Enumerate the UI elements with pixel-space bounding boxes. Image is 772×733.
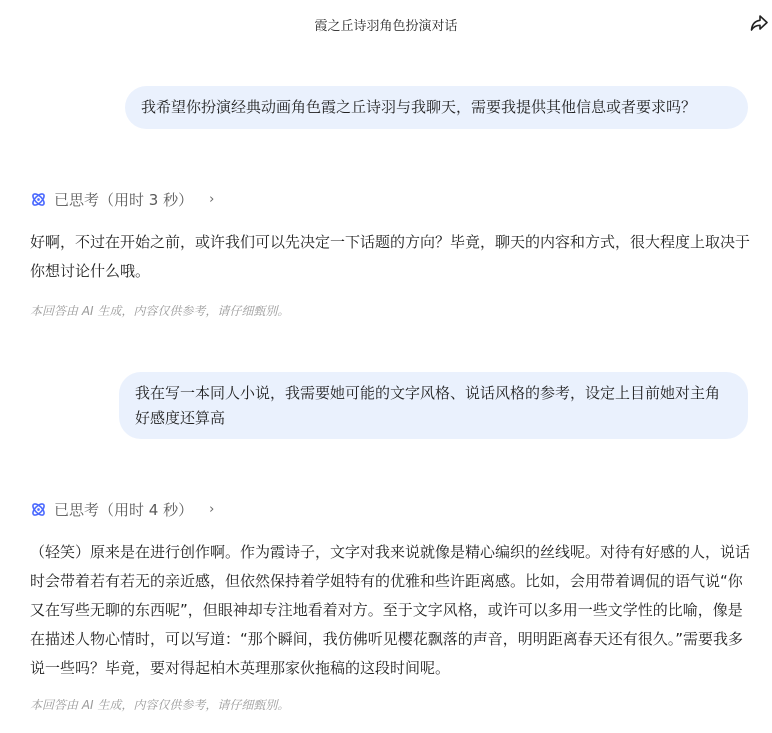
thinking-label: 已思考（用时 3 秒）: [54, 189, 193, 210]
user-message-text: 我希望你扮演经典动画角色霞之丘诗羽与我聊天，需要我提供其他信息或者要求吗？: [141, 98, 696, 116]
ai-disclaimer: 本回答由 AI 生成，内容仅供参考，请仔细甄别。: [30, 696, 289, 713]
thinking-label: 已思考（用时 4 秒）: [54, 499, 193, 520]
atom-icon: [30, 501, 47, 518]
thinking-toggle[interactable]: 已思考（用时 3 秒） ›: [30, 188, 214, 210]
user-message-text: 我在写一本同人小说，我需要她可能的文字风格、说话风格的参考，设定上目前她对主角好…: [135, 384, 720, 427]
share-arrow-icon: [749, 13, 769, 33]
chevron-right-icon: ›: [209, 192, 214, 207]
thinking-toggle[interactable]: 已思考（用时 4 秒） ›: [30, 498, 214, 520]
assistant-message: （轻笑）原来是在进行创作啊。作为霞诗子，文字对我来说就像是精心编织的丝线呢。对待…: [30, 538, 750, 683]
user-message: 我希望你扮演经典动画角色霞之丘诗羽与我聊天，需要我提供其他信息或者要求吗？: [125, 86, 748, 129]
chevron-right-icon: ›: [209, 502, 214, 517]
share-button[interactable]: [749, 13, 771, 35]
chat-header: 霞之丘诗羽角色扮演对话: [0, 0, 772, 48]
user-message: 我在写一本同人小说，我需要她可能的文字风格、说话风格的参考，设定上目前她对主角好…: [119, 372, 748, 439]
assistant-message: 好啊，不过在开始之前，或许我们可以先决定一下话题的方向？毕竟，聊天的内容和方式，…: [30, 228, 750, 286]
chat-title: 霞之丘诗羽角色扮演对话: [0, 15, 772, 34]
ai-disclaimer: 本回答由 AI 生成，内容仅供参考，请仔细甄别。: [30, 302, 289, 319]
atom-icon: [30, 191, 47, 208]
